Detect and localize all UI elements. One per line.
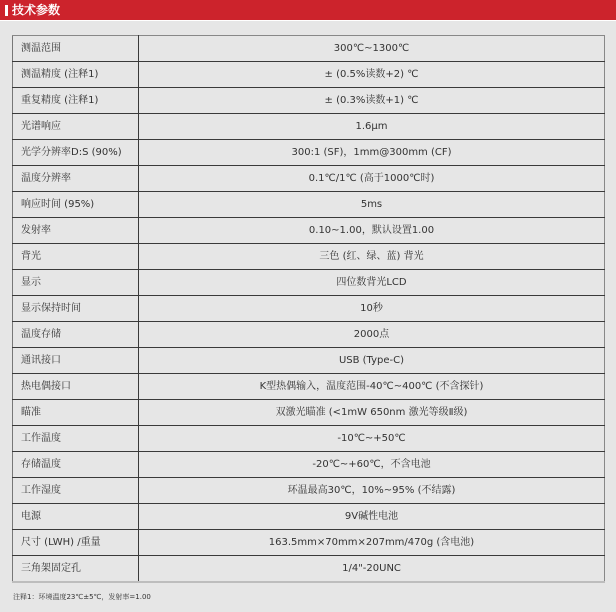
spec-value: 四位数背光LCD — [139, 270, 605, 296]
spec-value: 三色 (红、绿、蓝) 背光 — [139, 244, 605, 270]
table-row: 三角架固定孔1/4"-20UNC — [13, 556, 605, 583]
table-row: 尺寸 (LWH) /重量163.5mm×70mm×207mm/470g (含电池… — [13, 530, 605, 556]
spec-value: 300℃~1300℃ — [139, 36, 605, 62]
spec-value: 5ms — [139, 192, 605, 218]
table-row: 测温范围300℃~1300℃ — [13, 36, 605, 62]
spec-label: 测温范围 — [13, 36, 139, 62]
table-row: 显示四位数背光LCD — [13, 270, 605, 296]
spec-value: 双激光瞄准 (<1mW 650nm 激光等级Ⅱ级) — [139, 400, 605, 426]
spec-label: 光学分辨率D:S (90%) — [13, 140, 139, 166]
spec-value: 0.1℃/1℃ (高于1000℃时) — [139, 166, 605, 192]
spec-label: 温度分辨率 — [13, 166, 139, 192]
spec-value: ± (0.5%读数+2) ℃ — [139, 62, 605, 88]
spec-label: 电源 — [13, 504, 139, 530]
spec-value: 163.5mm×70mm×207mm/470g (含电池) — [139, 530, 605, 556]
footnote: 注释1：环境温度23℃±5℃，发射率=1.00 — [13, 592, 151, 602]
spec-label: 重复精度 (注释1) — [13, 88, 139, 114]
spec-value: 2000点 — [139, 322, 605, 348]
spec-label: 显示保持时间 — [13, 296, 139, 322]
spec-label: 尺寸 (LWH) /重量 — [13, 530, 139, 556]
spec-label: 通讯接口 — [13, 348, 139, 374]
spec-value: 300:1 (SF)，1mm@300mm (CF) — [139, 140, 605, 166]
table-row: 背光三色 (红、绿、蓝) 背光 — [13, 244, 605, 270]
spec-label: 工作温度 — [13, 426, 139, 452]
spec-label: 响应时间 (95%) — [13, 192, 139, 218]
table-row: 瞄准双激光瞄准 (<1mW 650nm 激光等级Ⅱ级) — [13, 400, 605, 426]
table-row: 响应时间 (95%)5ms — [13, 192, 605, 218]
table-row: 热电偶接口K型热偶输入，温度范围-40℃~400℃ (不含探针) — [13, 374, 605, 400]
table-row: 存储温度-20℃~+60℃，不含电池 — [13, 452, 605, 478]
spec-label: 显示 — [13, 270, 139, 296]
table-row: 通讯接口USB (Type-C) — [13, 348, 605, 374]
specs-table: 测温范围300℃~1300℃ 测温精度 (注释1)± (0.5%读数+2) ℃ … — [12, 35, 605, 583]
table-row: 发射率0.10~1.00，默认设置1.00 — [13, 218, 605, 244]
spec-value: 1.6μm — [139, 114, 605, 140]
spec-label: 发射率 — [13, 218, 139, 244]
spec-value: 10秒 — [139, 296, 605, 322]
table-row: 光谱响应1.6μm — [13, 114, 605, 140]
spec-value: USB (Type-C) — [139, 348, 605, 374]
spec-label: 测温精度 (注释1) — [13, 62, 139, 88]
spec-label: 热电偶接口 — [13, 374, 139, 400]
spec-value: ± (0.3%读数+1) ℃ — [139, 88, 605, 114]
table-row: 工作湿度环温最高30℃，10%~95% (不结露) — [13, 478, 605, 504]
spec-value: K型热偶输入，温度范围-40℃~400℃ (不含探针) — [139, 374, 605, 400]
table-row: 显示保持时间10秒 — [13, 296, 605, 322]
table-row: 测温精度 (注释1)± (0.5%读数+2) ℃ — [13, 62, 605, 88]
spec-label: 三角架固定孔 — [13, 556, 139, 583]
table-row: 重复精度 (注释1)± (0.3%读数+1) ℃ — [13, 88, 605, 114]
spec-value: 0.10~1.00，默认设置1.00 — [139, 218, 605, 244]
table-row: 温度存储2000点 — [13, 322, 605, 348]
table-row: 温度分辨率0.1℃/1℃ (高于1000℃时) — [13, 166, 605, 192]
table-row: 电源9V碱性电池 — [13, 504, 605, 530]
spec-value: -20℃~+60℃，不含电池 — [139, 452, 605, 478]
spec-label: 瞄准 — [13, 400, 139, 426]
spec-value: -10℃~+50℃ — [139, 426, 605, 452]
header-accent-bar — [5, 5, 8, 16]
spec-value: 1/4"-20UNC — [139, 556, 605, 583]
spec-label: 工作湿度 — [13, 478, 139, 504]
spec-label: 存储温度 — [13, 452, 139, 478]
spec-label: 背光 — [13, 244, 139, 270]
spec-label: 温度存储 — [13, 322, 139, 348]
section-title: 技术参数 — [12, 2, 60, 18]
spec-value: 环温最高30℃，10%~95% (不结露) — [139, 478, 605, 504]
section-header: 技术参数 — [0, 0, 616, 21]
spec-label: 光谱响应 — [13, 114, 139, 140]
spec-value: 9V碱性电池 — [139, 504, 605, 530]
table-row: 光学分辨率D:S (90%)300:1 (SF)，1mm@300mm (CF) — [13, 140, 605, 166]
table-row: 工作温度-10℃~+50℃ — [13, 426, 605, 452]
